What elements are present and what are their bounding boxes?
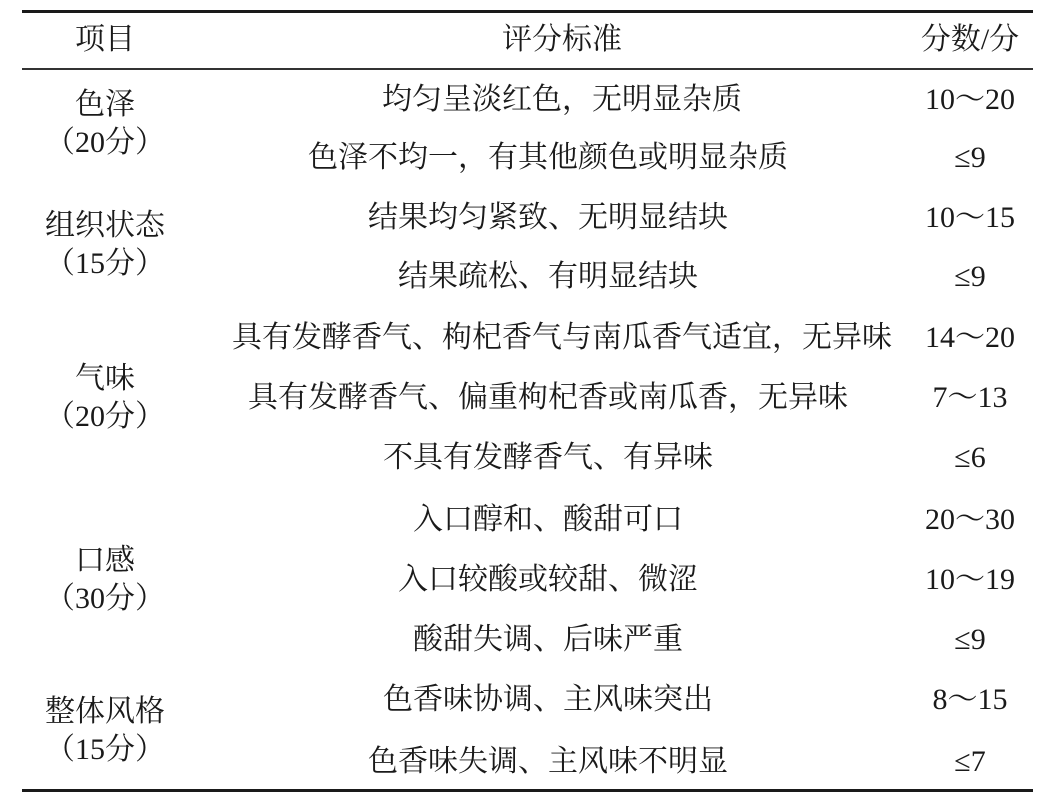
score-cell: 8～15 — [933, 682, 1008, 718]
table-top-rule — [22, 10, 1033, 13]
score-cell: ≤9 — [954, 622, 985, 658]
table-bottom-rule — [22, 789, 1033, 792]
item-color: 色泽 （20分） — [45, 86, 165, 162]
criteria-cell: 具有发酵香气、偏重枸杞香或南瓜香，无异味 — [248, 380, 848, 416]
table-header-rule — [22, 68, 1033, 70]
criteria-cell: 均匀呈淡红色，无明显杂质 — [382, 82, 742, 118]
header-criteria: 评分标准 — [502, 22, 622, 58]
criteria-cell: 入口较酸或较甜、微涩 — [398, 562, 698, 598]
item-name: 整体风格 — [45, 693, 165, 731]
criteria-cell: 酸甜失调、后味严重 — [413, 622, 683, 658]
item-name: 色泽 — [45, 86, 165, 124]
criteria-cell: 具有发酵香气、枸杞香气与南瓜香气适宜，无异味 — [232, 320, 892, 356]
criteria-cell: 不具有发酵香气、有异味 — [383, 440, 713, 476]
score-cell: 14～20 — [925, 320, 1015, 356]
criteria-cell: 色泽不均一，有其他颜色或明显杂质 — [308, 140, 788, 176]
criteria-cell: 入口醇和、酸甜可口 — [413, 502, 683, 538]
score-cell: ≤9 — [954, 259, 985, 295]
item-overall-style: 整体风格 （15分） — [45, 693, 165, 769]
item-aroma: 气味 （20分） — [45, 360, 165, 436]
criteria-cell: 结果疏松、有明显结块 — [398, 259, 698, 295]
score-cell: 7～13 — [933, 380, 1008, 416]
item-name: 口感 — [45, 542, 165, 580]
item-max-score: （20分） — [45, 398, 165, 436]
score-cell: 10～19 — [925, 562, 1015, 598]
item-max-score: （30分） — [45, 580, 165, 618]
score-cell: ≤9 — [954, 140, 985, 176]
item-max-score: （15分） — [45, 245, 165, 283]
item-max-score: （15分） — [45, 731, 165, 769]
header-item: 项目 — [75, 22, 135, 58]
criteria-cell: 色香味失调、主风味不明显 — [368, 744, 728, 780]
item-name: 组织状态 — [45, 207, 165, 245]
score-cell: ≤7 — [954, 744, 985, 780]
item-taste: 口感 （30分） — [45, 542, 165, 618]
criteria-cell: 结果均匀紧致、无明显结块 — [368, 200, 728, 236]
item-name: 气味 — [45, 360, 165, 398]
score-cell: 10～20 — [925, 82, 1015, 118]
score-cell: 10～15 — [925, 200, 1015, 236]
score-cell: 20～30 — [925, 502, 1015, 538]
item-max-score: （20分） — [45, 124, 165, 162]
header-score: 分数/分 — [921, 22, 1019, 58]
item-texture: 组织状态 （15分） — [45, 207, 165, 283]
criteria-cell: 色香味协调、主风味突出 — [383, 682, 713, 718]
score-cell: ≤6 — [954, 440, 985, 476]
